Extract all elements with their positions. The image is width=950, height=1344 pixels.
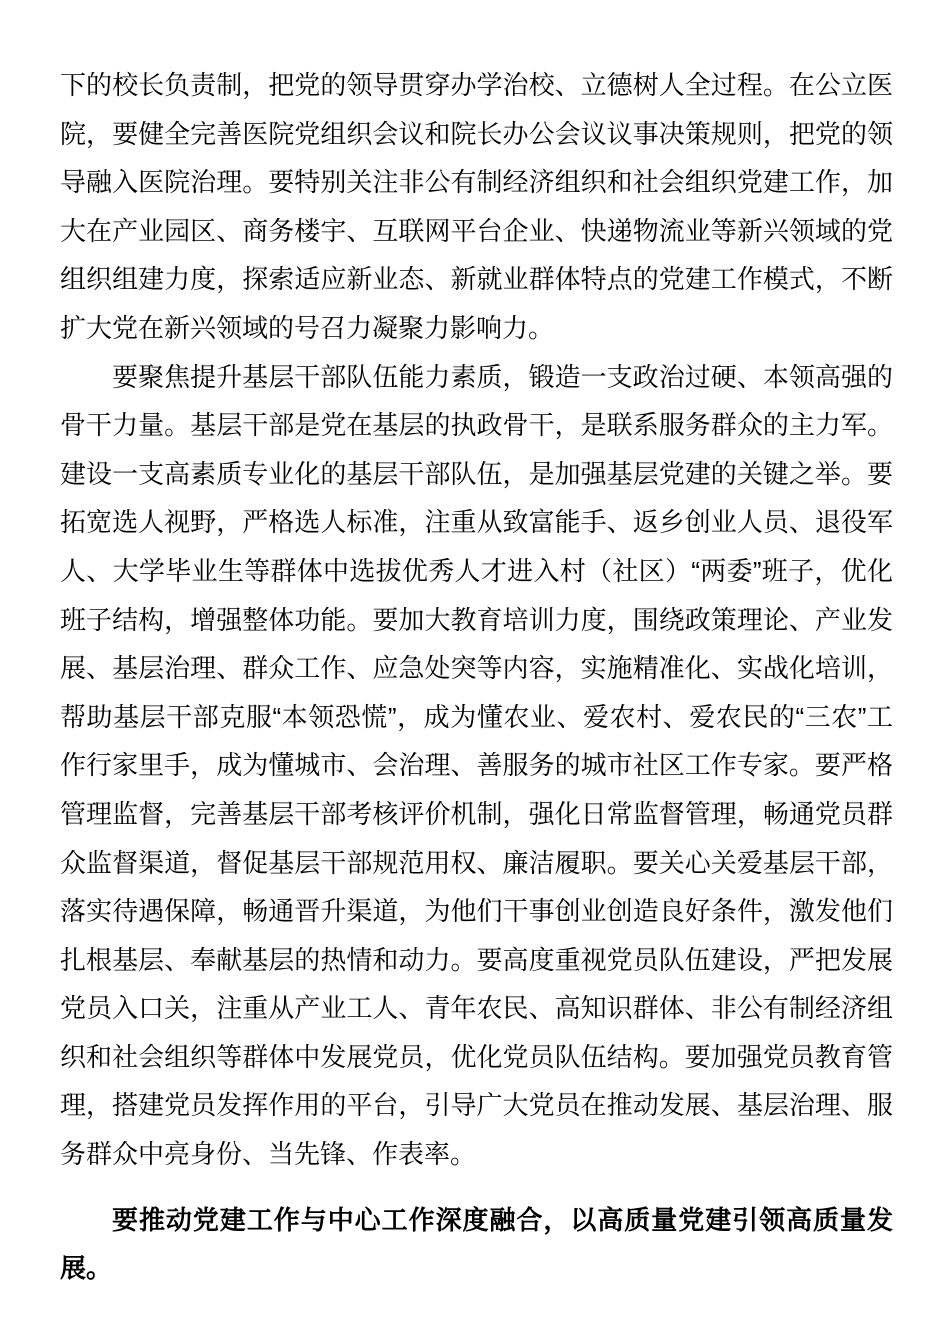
document-page: 下的校长负责制，把党的领导贯穿办学治校、立德树人全过程。在公立医院，要健全完善医…	[0, 0, 950, 1344]
paragraph-bold-lead: 要推动党建工作与中心工作深度融合，以高质量党建引领高质量发展。	[60, 1196, 893, 1293]
paragraph-cadre-team-building: 要聚焦提升基层干部队伍能力素质，锻造一支政治过硬、本领高强的骨干力量。基层干部是…	[60, 353, 893, 1179]
paragraph-continuation: 下的校长负责制，把党的领导贯穿办学治校、立德树人全过程。在公立医院，要健全完善医…	[60, 61, 893, 353]
